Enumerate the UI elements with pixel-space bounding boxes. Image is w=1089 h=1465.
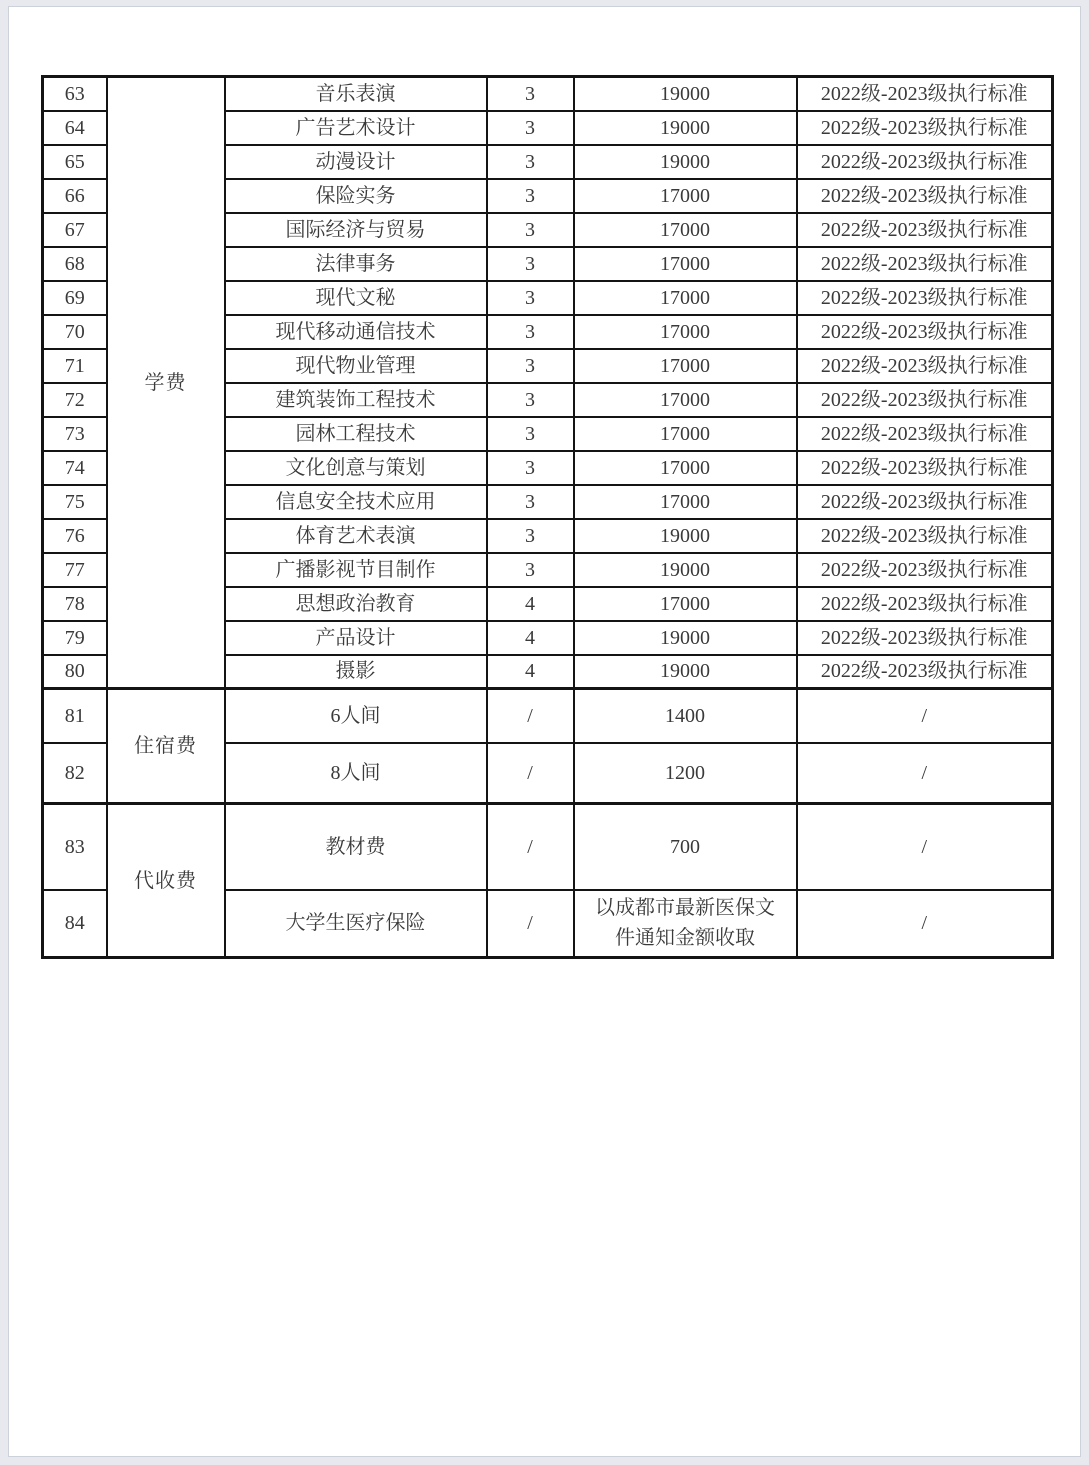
note-cell: /: [797, 689, 1053, 743]
amount-cell: 19000: [574, 519, 797, 553]
item-cell: 动漫设计: [225, 145, 487, 179]
duration-cell: 3: [487, 77, 574, 111]
item-cell: 大学生医疗保险: [225, 890, 487, 958]
duration-cell: 3: [487, 451, 574, 485]
item-cell: 法律事务: [225, 247, 487, 281]
row-number-cell: 83: [43, 804, 107, 890]
row-number-cell: 63: [43, 77, 107, 111]
item-cell: 现代文秘: [225, 281, 487, 315]
fee-table: 63学费音乐表演3190002022级-2023级执行标准64广告艺术设计319…: [41, 75, 1054, 959]
note-cell: 2022级-2023级执行标准: [797, 247, 1053, 281]
duration-cell: 3: [487, 519, 574, 553]
item-cell: 广告艺术设计: [225, 111, 487, 145]
row-number-cell: 77: [43, 553, 107, 587]
amount-cell: 17000: [574, 383, 797, 417]
item-cell: 6人间: [225, 689, 487, 743]
amount-cell: 17000: [574, 485, 797, 519]
amount-cell: 以成都市最新医保文件通知金额收取: [574, 890, 797, 958]
row-number-cell: 66: [43, 179, 107, 213]
amount-cell: 17000: [574, 587, 797, 621]
item-cell: 摄影: [225, 655, 487, 689]
row-number-cell: 72: [43, 383, 107, 417]
note-cell: 2022级-2023级执行标准: [797, 519, 1053, 553]
duration-cell: 3: [487, 485, 574, 519]
item-cell: 保险实务: [225, 179, 487, 213]
note-cell: 2022级-2023级执行标准: [797, 553, 1053, 587]
amount-cell: 17000: [574, 315, 797, 349]
amount-cell: 17000: [574, 281, 797, 315]
amount-cell: 17000: [574, 417, 797, 451]
row-number-cell: 84: [43, 890, 107, 958]
item-cell: 园林工程技术: [225, 417, 487, 451]
row-number-cell: 75: [43, 485, 107, 519]
note-cell: 2022级-2023级执行标准: [797, 655, 1053, 689]
amount-cell-text: 以成都市最新医保文件通知金额收取: [592, 893, 778, 953]
note-cell: 2022级-2023级执行标准: [797, 213, 1053, 247]
amount-cell: 17000: [574, 247, 797, 281]
note-cell: /: [797, 743, 1053, 804]
amount-cell: 1200: [574, 743, 797, 804]
category-cell: 学费: [107, 77, 225, 689]
amount-cell: 17000: [574, 213, 797, 247]
row-number-cell: 82: [43, 743, 107, 804]
note-cell: 2022级-2023级执行标准: [797, 179, 1053, 213]
note-cell: 2022级-2023级执行标准: [797, 349, 1053, 383]
row-number-cell: 81: [43, 689, 107, 743]
row-number-cell: 70: [43, 315, 107, 349]
item-cell: 音乐表演: [225, 77, 487, 111]
row-number-cell: 71: [43, 349, 107, 383]
note-cell: 2022级-2023级执行标准: [797, 77, 1053, 111]
item-cell: 现代物业管理: [225, 349, 487, 383]
note-cell: 2022级-2023级执行标准: [797, 587, 1053, 621]
note-cell: 2022级-2023级执行标准: [797, 315, 1053, 349]
duration-cell: /: [487, 743, 574, 804]
duration-cell: 3: [487, 111, 574, 145]
item-cell: 信息安全技术应用: [225, 485, 487, 519]
row-number-cell: 67: [43, 213, 107, 247]
note-cell: 2022级-2023级执行标准: [797, 281, 1053, 315]
row-number-cell: 76: [43, 519, 107, 553]
note-cell: 2022级-2023级执行标准: [797, 145, 1053, 179]
amount-cell: 17000: [574, 349, 797, 383]
amount-cell: 17000: [574, 451, 797, 485]
duration-cell: 4: [487, 655, 574, 689]
item-cell: 体育艺术表演: [225, 519, 487, 553]
row-number-cell: 79: [43, 621, 107, 655]
duration-cell: 3: [487, 145, 574, 179]
amount-cell: 19000: [574, 553, 797, 587]
amount-cell: 700: [574, 804, 797, 890]
duration-cell: 3: [487, 417, 574, 451]
item-cell: 8人间: [225, 743, 487, 804]
category-cell: 住宿费: [107, 689, 225, 804]
duration-cell: /: [487, 890, 574, 958]
note-cell: 2022级-2023级执行标准: [797, 111, 1053, 145]
duration-cell: 3: [487, 349, 574, 383]
item-cell: 教材费: [225, 804, 487, 890]
duration-cell: 3: [487, 281, 574, 315]
row-number-cell: 69: [43, 281, 107, 315]
amount-cell: 19000: [574, 77, 797, 111]
note-cell: /: [797, 890, 1053, 958]
note-cell: 2022级-2023级执行标准: [797, 383, 1053, 417]
duration-cell: 4: [487, 621, 574, 655]
duration-cell: /: [487, 804, 574, 890]
row-number-cell: 64: [43, 111, 107, 145]
duration-cell: /: [487, 689, 574, 743]
category-cell: 代收费: [107, 804, 225, 958]
note-cell: 2022级-2023级执行标准: [797, 485, 1053, 519]
row-number-cell: 80: [43, 655, 107, 689]
page-background: { "colors": { "surround_background": "#e…: [0, 0, 1089, 1465]
amount-cell: 19000: [574, 621, 797, 655]
row-number-cell: 65: [43, 145, 107, 179]
amount-cell: 19000: [574, 145, 797, 179]
duration-cell: 3: [487, 213, 574, 247]
amount-cell: 17000: [574, 179, 797, 213]
table-row: 81住宿费6人间/1400/: [43, 689, 1053, 743]
item-cell: 现代移动通信技术: [225, 315, 487, 349]
amount-cell: 19000: [574, 655, 797, 689]
table-row: 83代收费教材费/700/: [43, 804, 1053, 890]
row-number-cell: 74: [43, 451, 107, 485]
duration-cell: 3: [487, 247, 574, 281]
table-row: 63学费音乐表演3190002022级-2023级执行标准: [43, 77, 1053, 111]
duration-cell: 3: [487, 179, 574, 213]
item-cell: 产品设计: [225, 621, 487, 655]
document-page: 63学费音乐表演3190002022级-2023级执行标准64广告艺术设计319…: [8, 6, 1081, 1457]
row-number-cell: 68: [43, 247, 107, 281]
fee-table-body: 63学费音乐表演3190002022级-2023级执行标准64广告艺术设计319…: [43, 77, 1053, 958]
note-cell: 2022级-2023级执行标准: [797, 451, 1053, 485]
duration-cell: 3: [487, 553, 574, 587]
note-cell: 2022级-2023级执行标准: [797, 417, 1053, 451]
amount-cell: 1400: [574, 689, 797, 743]
duration-cell: 3: [487, 383, 574, 417]
note-cell: 2022级-2023级执行标准: [797, 621, 1053, 655]
duration-cell: 3: [487, 315, 574, 349]
item-cell: 思想政治教育: [225, 587, 487, 621]
item-cell: 广播影视节目制作: [225, 553, 487, 587]
item-cell: 国际经济与贸易: [225, 213, 487, 247]
item-cell: 建筑装饰工程技术: [225, 383, 487, 417]
duration-cell: 4: [487, 587, 574, 621]
item-cell: 文化创意与策划: [225, 451, 487, 485]
note-cell: /: [797, 804, 1053, 890]
row-number-cell: 78: [43, 587, 107, 621]
row-number-cell: 73: [43, 417, 107, 451]
amount-cell: 19000: [574, 111, 797, 145]
